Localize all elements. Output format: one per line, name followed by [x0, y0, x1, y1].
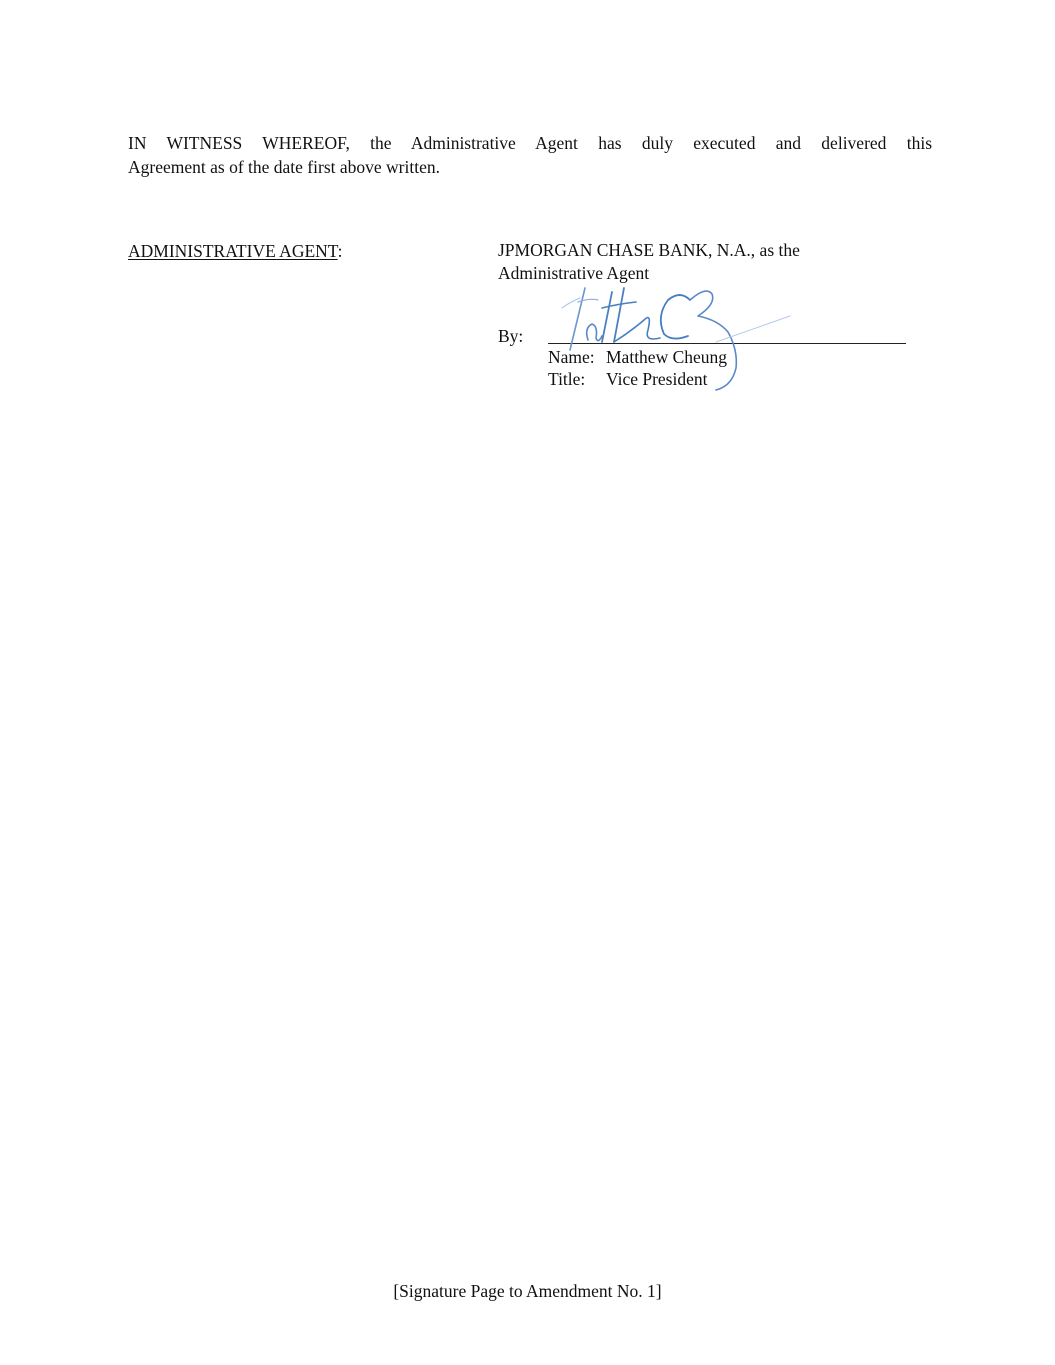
signatory-title-row: Title:Vice President: [548, 369, 708, 390]
entity-name-line-2: Administrative Agent: [498, 263, 649, 284]
entity-name-line-1: JPMORGAN CHASE BANK, N.A., as the: [498, 240, 800, 261]
witness-paragraph-line-1: IN WITNESS WHEREOF, the Administrative A…: [128, 133, 932, 154]
signatory-name: Matthew Cheung: [606, 347, 727, 367]
witness-paragraph-line-2: Agreement as of the date first above wri…: [128, 157, 440, 178]
signatory-title: Vice President: [606, 369, 708, 389]
title-label: Title:: [548, 369, 606, 390]
name-label: Name:: [548, 347, 606, 368]
party-label-colon: :: [338, 241, 343, 261]
party-label: ADMINISTRATIVE AGENT:: [128, 241, 342, 262]
by-label: By:: [498, 326, 523, 347]
page-footer: [Signature Page to Amendment No. 1]: [0, 1281, 1055, 1302]
signature-line: [548, 343, 906, 344]
signatory-name-row: Name:Matthew Cheung: [548, 347, 727, 368]
party-label-text: ADMINISTRATIVE AGENT: [128, 241, 338, 261]
